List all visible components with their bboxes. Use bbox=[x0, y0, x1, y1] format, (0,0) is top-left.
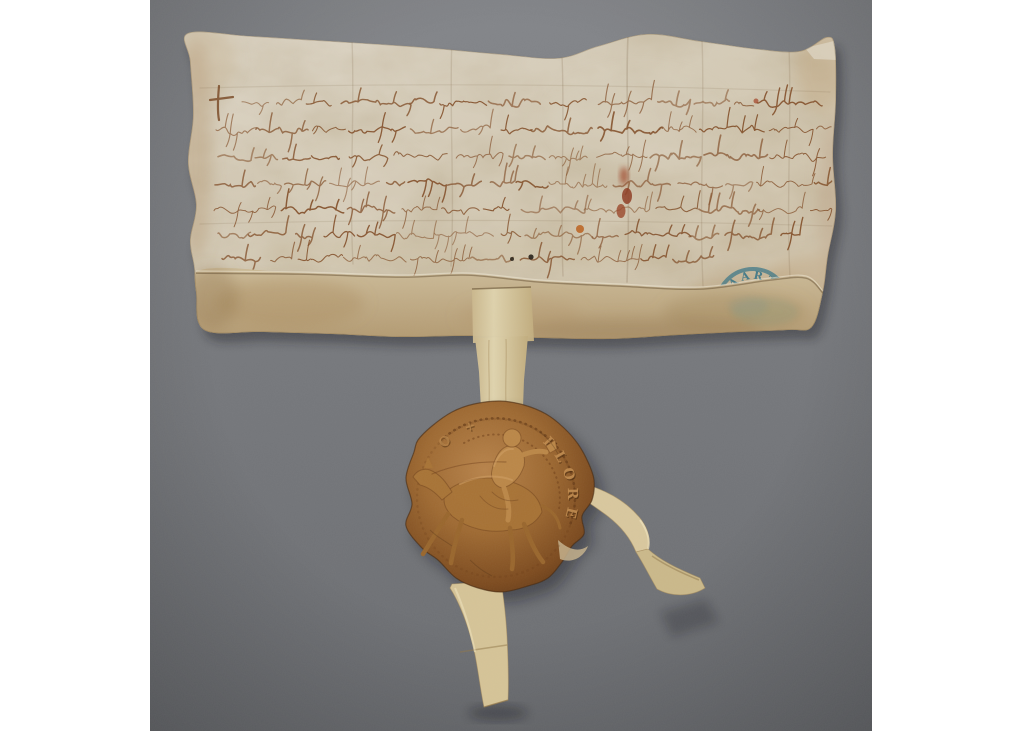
page: AART bbox=[0, 0, 1024, 731]
photo-grain bbox=[150, 0, 872, 731]
photograph: AART bbox=[0, 0, 1024, 731]
